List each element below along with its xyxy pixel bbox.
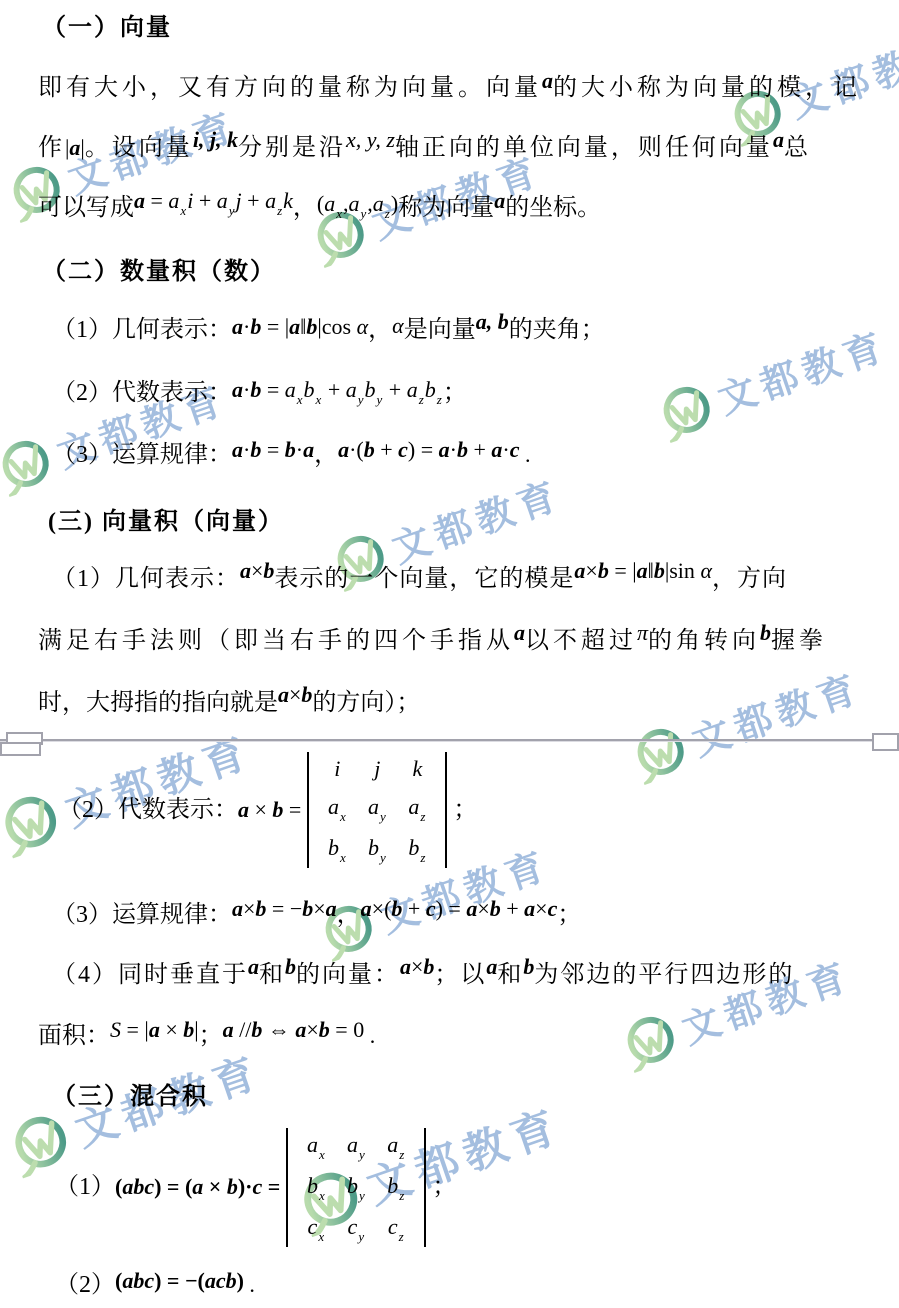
cjk-text: （2）代数表示： <box>52 380 232 406</box>
math-base: a <box>347 1132 358 1157</box>
matrix-cell: cy <box>348 1214 366 1243</box>
wendu-logo-icon <box>0 785 67 858</box>
math-base: b <box>408 835 419 860</box>
math-subscript: z <box>420 809 425 824</box>
math-token: b <box>423 954 434 979</box>
math-token: a <box>223 1017 234 1042</box>
math-base: b <box>304 377 315 402</box>
item-4-2: （2）(abc) = −(acb) . <box>55 1268 255 1302</box>
math-base: a <box>328 794 339 819</box>
item-3-2: （2）代数表示：a × b = ijkaxayazbxbybz； <box>58 752 477 868</box>
item-3-1-line-3: 时，大拇指的指向就是a×b的方向）； <box>38 686 420 720</box>
math-group: a×b = −b×a <box>232 892 337 926</box>
math-token: = <box>261 437 284 462</box>
matrix-cell: az <box>408 794 426 823</box>
math-token: ) = <box>408 437 439 462</box>
math-token: + <box>402 896 425 921</box>
math-token: ( <box>317 191 324 216</box>
math-subscripted: bz <box>408 835 426 864</box>
math-token: a <box>303 437 314 462</box>
cjk-text: ， <box>368 317 392 343</box>
math-base: b <box>368 835 379 860</box>
math-subscripted: ax <box>307 1132 326 1161</box>
math-token: = <box>261 314 284 339</box>
math-subscripted: bz <box>425 373 443 410</box>
math-token: = <box>283 797 301 822</box>
math-token: a <box>232 896 243 921</box>
item-3-4-line-1: （4）同时垂直于a和b的向量：a×b；以a和b为邻边的平行四边形的 <box>52 958 794 992</box>
item-2-3: （3）运算规律：a·b = b·a，a·(b + c) = a·b + a·c … <box>52 438 531 472</box>
math-token: b <box>760 620 771 645</box>
math-token: + <box>375 437 398 462</box>
cjk-text: （4）同时垂直于 <box>52 962 248 988</box>
math-token: × <box>243 896 255 921</box>
determinant: axayazbxbybzcxcycz <box>286 1128 426 1247</box>
math-token: a <box>238 797 249 822</box>
math-token: c <box>426 896 436 921</box>
math-base: a <box>368 794 379 819</box>
matrix-cell: k <box>412 756 422 782</box>
cjk-text: 轴正向的单位向量，则任何向量 <box>395 135 773 161</box>
math-token: b <box>250 314 261 339</box>
math-token: × <box>203 1174 227 1199</box>
math-token: c <box>253 1174 263 1199</box>
matrix-cell: j <box>374 756 380 782</box>
cjk-text: 以不超过 <box>525 628 637 654</box>
math-token: × <box>535 896 547 921</box>
math-token: × <box>477 896 489 921</box>
math-subscript: y <box>359 1188 365 1203</box>
cjk-text: 的坐标。 <box>505 195 601 221</box>
math-token: b <box>255 896 266 921</box>
cjk-text: 称为向量 <box>398 195 494 221</box>
math-group: i, j, k <box>193 123 238 157</box>
math-group: a <box>514 616 525 650</box>
math-token: = | <box>121 1017 149 1042</box>
math-token: × <box>411 954 423 979</box>
cjk-text: 的向量： <box>296 962 400 988</box>
math-token: c <box>548 896 558 921</box>
math-subscripted: ay <box>368 794 387 823</box>
math-base: a <box>285 377 296 402</box>
math-token: a <box>439 437 450 462</box>
math-subscripted: az <box>387 1132 405 1161</box>
cjk-text: （3）运算规律： <box>52 442 232 468</box>
cjk-text: 为邻边的平行四边形的 <box>534 962 794 988</box>
heading-4: （三）混合积 <box>52 1077 208 1115</box>
watermark-text: 文都教育 <box>384 464 568 573</box>
math-token: acb <box>205 1268 237 1293</box>
cjk-text: 总 <box>784 135 811 161</box>
math-subscript: x <box>316 392 322 407</box>
math-subscript: x <box>297 392 303 407</box>
math-token: + <box>501 896 524 921</box>
math-group: a <box>486 950 497 984</box>
math-subscript: x <box>340 850 346 865</box>
math-group: a×b <box>400 950 434 984</box>
math-token: b <box>301 682 312 707</box>
math-token: a <box>69 135 80 160</box>
math-token: a <box>295 1017 306 1042</box>
math-token: ) = <box>436 896 467 921</box>
math-base: a <box>346 377 357 402</box>
math-subscripted: az <box>265 184 283 221</box>
math-group: a·(b + c) = a·b + a·c <box>338 433 519 467</box>
math-token: = 0 <box>330 1017 364 1042</box>
item-4-1: （1）(abc) = (a × b)·c = axayazbxbybzcxcyc… <box>55 1126 456 1248</box>
math-token: × <box>585 558 597 583</box>
math-token: c <box>510 437 520 462</box>
heading-1: （一）向量 <box>42 8 172 46</box>
cjk-text: 即有大小，又有方向的量称为向量。向量 <box>38 75 542 101</box>
cjk-text: ，方向 <box>712 566 787 592</box>
cjk-text: ；以 <box>434 962 486 988</box>
math-token: a <box>240 558 251 583</box>
math-subscripted: az <box>373 187 391 224</box>
math-token: b <box>251 1017 262 1042</box>
math-subscript: y <box>377 392 383 407</box>
math-subscripted: ax <box>285 373 304 410</box>
matrix-cell: ay <box>347 1132 366 1161</box>
math-subscript: x <box>180 203 186 218</box>
matrix-cell: cx <box>308 1214 326 1243</box>
math-token: b <box>364 437 375 462</box>
math-group: a × b = <box>238 793 301 827</box>
math-token: a <box>773 127 784 152</box>
math-subscript: x <box>318 1229 324 1244</box>
cjk-text: ； <box>432 1170 456 1204</box>
math-subscript: y <box>380 809 386 824</box>
math-token: a <box>338 437 349 462</box>
math-subscripted: az <box>408 794 426 823</box>
math-token: . <box>244 1272 255 1297</box>
math-token: × <box>289 682 301 707</box>
math-group: a×b <box>278 678 312 712</box>
cjk-text: ； <box>453 793 477 827</box>
page-break-line <box>0 739 899 742</box>
math-group: a·b = axbx + ayby + azbz <box>232 373 443 410</box>
cjk-text: 的大小称为向量的模，记 <box>553 75 861 101</box>
page-break-tab <box>0 742 41 756</box>
math-token: b <box>302 896 313 921</box>
math-subscript: z <box>419 392 424 407</box>
math-base: a <box>407 377 418 402</box>
cjk-text: 面积： <box>38 1023 110 1049</box>
math-token: · <box>502 437 509 462</box>
math-token: cos <box>322 314 357 339</box>
math-token: b <box>285 437 296 462</box>
math-subscript: z <box>277 203 282 218</box>
math-group: b <box>285 950 296 984</box>
matrix-cell: by <box>347 1173 366 1202</box>
math-token: · <box>296 437 303 462</box>
math-token: ) = −( <box>154 1268 205 1293</box>
math-token: b <box>250 437 261 462</box>
item-3-1-line-1: （1）几何表示：a×b表示的一个向量，它的模是a×b = |a‖b|sin α，… <box>52 562 787 596</box>
math-base: b <box>387 1173 398 1198</box>
math-group: π <box>637 616 648 650</box>
watermark-text: 文都教育 <box>710 315 894 424</box>
math-subscript: y <box>359 1147 365 1162</box>
math-subscripted: cx <box>308 1214 326 1243</box>
matrix-cell: az <box>387 1132 405 1161</box>
math-token: × <box>313 896 325 921</box>
cjk-text: （2）代数表示： <box>58 793 238 827</box>
math-group: b <box>523 950 534 984</box>
math-base: b <box>425 377 436 402</box>
determinant: ijkaxayazbxbybz <box>307 752 447 868</box>
matrix-cell: bz <box>387 1173 405 1202</box>
math-base: c <box>308 1214 318 1239</box>
math-subscripted: ay <box>349 187 368 224</box>
math-token: a <box>232 314 243 339</box>
cjk-text: 的角转向 <box>648 628 760 654</box>
cjk-text: （一）向量 <box>42 15 172 41</box>
item-2-1: （1）几何表示：a·b = |a‖b|cos α，α是向量a, b的夹角； <box>52 313 605 347</box>
cjk-text: (三) 向量积（向量） <box>48 509 284 535</box>
math-base: b <box>307 1173 318 1198</box>
math-token: a <box>232 437 243 462</box>
math-token: a <box>192 1174 203 1199</box>
math-token: ×( <box>372 896 392 921</box>
math-subscripted: by <box>368 835 387 864</box>
math-subscripted: by <box>347 1173 366 1202</box>
math-token: b <box>272 797 283 822</box>
math-group: a = axi + ayj + azk <box>134 184 293 221</box>
math-subscripted: ax <box>324 187 343 224</box>
math-token: + <box>322 377 345 402</box>
math-subscript: z <box>399 1147 404 1162</box>
para-1-line-3: 可以写成a = axi + ayj + azk，(ax,ay,az)称为向量a的… <box>38 191 601 228</box>
math-token: a <box>232 377 243 402</box>
math-subscript: z <box>385 206 390 221</box>
math-subscript: y <box>380 850 386 865</box>
math-group: a·b = |a‖b|cos α <box>232 310 368 344</box>
math-token: k <box>283 188 293 213</box>
math-subscript: x <box>319 1147 325 1162</box>
math-token: a <box>400 954 411 979</box>
math-subscripted: bz <box>387 1173 405 1202</box>
math-token: a <box>637 558 648 583</box>
math-token: a <box>542 68 553 93</box>
math-token: a <box>326 896 337 921</box>
math-subscripted: ay <box>347 1132 366 1161</box>
cjk-text: 时，大拇指的指向就是 <box>38 690 278 716</box>
cjk-text: 的夹角； <box>509 317 605 343</box>
math-token: S <box>110 1017 121 1042</box>
math-token: c <box>398 437 408 462</box>
math-group: (abc) = (a × b)·c = <box>115 1170 280 1204</box>
cjk-text: （三）混合积 <box>52 1084 208 1110</box>
math-subscript: x <box>336 206 342 221</box>
math-token: k <box>412 756 422 781</box>
math-token: i <box>334 756 340 781</box>
matrix-cell: bx <box>307 1173 326 1202</box>
math-group: α <box>392 309 404 343</box>
math-token: a <box>361 896 372 921</box>
math-token: a <box>134 188 145 213</box>
math-base: a <box>307 1132 318 1157</box>
math-subscript: z <box>399 1188 404 1203</box>
math-token: a <box>486 954 497 979</box>
heading-2: （二）数量积（数） <box>42 252 276 290</box>
math-subscript: y <box>361 206 367 221</box>
cjk-text: ； <box>199 1023 223 1049</box>
cjk-text: （2） <box>55 1272 115 1298</box>
math-token: abc <box>122 1174 154 1199</box>
math-token: + <box>383 377 406 402</box>
math-token: · <box>450 437 457 462</box>
math-token: + <box>468 437 491 462</box>
document-page: 文都教育文都教育文都教育文都教育文都教育文都教育文都教育文都教育文都教育文都教育… <box>0 0 899 1308</box>
math-token: j <box>374 756 380 781</box>
math-token: b <box>285 954 296 979</box>
math-subscript: y <box>358 392 364 407</box>
math-base: b <box>328 835 339 860</box>
watermark-text: 文都教育 <box>684 657 868 766</box>
math-token: b <box>250 377 261 402</box>
math-group: a <box>248 950 259 984</box>
math-token: a <box>466 896 477 921</box>
watermark: 文都教育 <box>627 657 868 786</box>
cjk-text: 握拳 <box>771 628 827 654</box>
math-token: α <box>357 314 369 339</box>
math-token: a <box>514 620 525 645</box>
math-subscripted: cy <box>348 1214 366 1243</box>
math-subscripted: bx <box>328 835 347 864</box>
math-base: a <box>168 188 179 213</box>
math-subscripted: az <box>407 373 425 410</box>
item-3-3: （3）运算规律：a×b = −b×a，a×(b + c) = a×b + a×c… <box>52 898 581 932</box>
math-subscripted: bx <box>307 1173 326 1202</box>
cjk-text: 分别是沿 <box>238 135 346 161</box>
math-token: | <box>194 1017 198 1042</box>
wendu-logo-icon <box>653 376 719 442</box>
math-subscripted: ax <box>168 184 187 221</box>
math-group: a×b <box>240 554 274 588</box>
math-token: ) = ( <box>154 1174 192 1199</box>
math-token: α <box>700 558 712 583</box>
math-subscript: x <box>340 809 346 824</box>
math-token: sin <box>669 558 700 583</box>
wendu-logo-icon <box>617 1006 683 1072</box>
cjk-text: 和 <box>497 962 523 988</box>
math-group: a·b = b·a <box>232 433 314 467</box>
math-group: S = |a × b| <box>110 1013 199 1047</box>
math-token: a <box>574 558 585 583</box>
math-token: a <box>278 682 289 707</box>
matrix-cell: by <box>368 835 387 864</box>
math-token: ) <box>237 1268 244 1293</box>
math-token: = | <box>609 558 637 583</box>
math-token: b <box>319 1017 330 1042</box>
math-token: a, b <box>476 309 509 334</box>
math-group: b <box>760 616 771 650</box>
math-token: b <box>227 1174 238 1199</box>
wendu-logo-icon <box>0 430 59 496</box>
cjk-text: 是向量 <box>404 317 476 343</box>
para-1-line-1: 即有大小，又有方向的量称为向量。向量a的大小称为向量的模，记 <box>38 71 861 105</box>
math-subscripted: ay <box>217 184 236 221</box>
matrix-cell: bz <box>408 835 426 864</box>
cjk-text: （1） <box>55 1170 115 1204</box>
cjk-text: （二）数量积（数） <box>42 259 276 285</box>
matrix-cell: ay <box>368 794 387 823</box>
math-token: ·( <box>349 437 364 462</box>
math-base: c <box>388 1214 398 1239</box>
math-group: a, b <box>476 305 509 339</box>
math-token: = <box>262 1174 280 1199</box>
math-subscripted: by <box>365 373 384 410</box>
math-subscript: z <box>420 850 425 865</box>
math-base: a <box>265 188 276 213</box>
math-group: a <box>542 64 553 98</box>
math-base: a <box>217 188 228 213</box>
math-group: a×(b + c) = a×b + a×c <box>361 892 558 926</box>
cjk-text: （1）几何表示： <box>52 317 232 343</box>
matrix-cell: i <box>334 756 340 782</box>
math-token: × <box>249 797 272 822</box>
math-base: a <box>373 191 384 216</box>
math-token: . <box>364 1023 375 1048</box>
math-base: c <box>348 1214 358 1239</box>
math-token: a <box>149 1017 160 1042</box>
math-base: a <box>387 1132 398 1157</box>
math-subscript: y <box>229 203 235 218</box>
math-token: ⇔ <box>262 1017 295 1042</box>
math-token: b <box>391 896 402 921</box>
math-base: b <box>365 377 376 402</box>
math-base: a <box>324 191 335 216</box>
item-3-1-line-2: 满足右手法则（即当右手的四个手指从a以不超过π的角转向b握拳 <box>38 624 827 658</box>
cjk-text: ， <box>293 195 317 221</box>
math-group: x, y, z <box>346 123 395 157</box>
math-token: a <box>491 437 502 462</box>
math-group: a <box>773 123 784 157</box>
cjk-text: ， <box>337 902 361 928</box>
math-token: a <box>494 188 505 213</box>
math-subscripted: bx <box>304 373 323 410</box>
page-break-tab <box>872 733 899 751</box>
math-subscript: z <box>399 1229 404 1244</box>
item-3-4-line-2: 面积：S = |a × b|；a //b ⇔ a×b = 0 . <box>38 1019 375 1053</box>
math-token: x, y, z <box>346 127 395 152</box>
cjk-text: 作 <box>38 135 65 161</box>
math-token: b <box>598 558 609 583</box>
math-token: i, j, k <box>193 127 238 152</box>
math-token: + <box>193 188 216 213</box>
math-token: a <box>524 896 535 921</box>
cjk-text: 。设向量 <box>85 135 193 161</box>
math-token: b <box>457 437 468 462</box>
math-base: a <box>349 191 360 216</box>
matrix-cell: ax <box>307 1132 326 1161</box>
cjk-text: （3）运算规律： <box>52 902 232 928</box>
math-token: = <box>261 377 284 402</box>
math-subscript: x <box>319 1188 325 1203</box>
math-token: b <box>490 896 501 921</box>
math-subscript: z <box>437 392 442 407</box>
math-token: × <box>306 1017 318 1042</box>
math-group: (ax,ay,az) <box>317 187 398 224</box>
cjk-text: ； <box>557 902 581 928</box>
math-subscript: y <box>358 1229 364 1244</box>
math-token: a <box>289 314 300 339</box>
math-token: b <box>306 314 317 339</box>
cjk-text: 的方向）； <box>312 690 420 716</box>
math-token: π <box>637 620 648 645</box>
heading-3: (三) 向量积（向量） <box>48 502 284 540</box>
